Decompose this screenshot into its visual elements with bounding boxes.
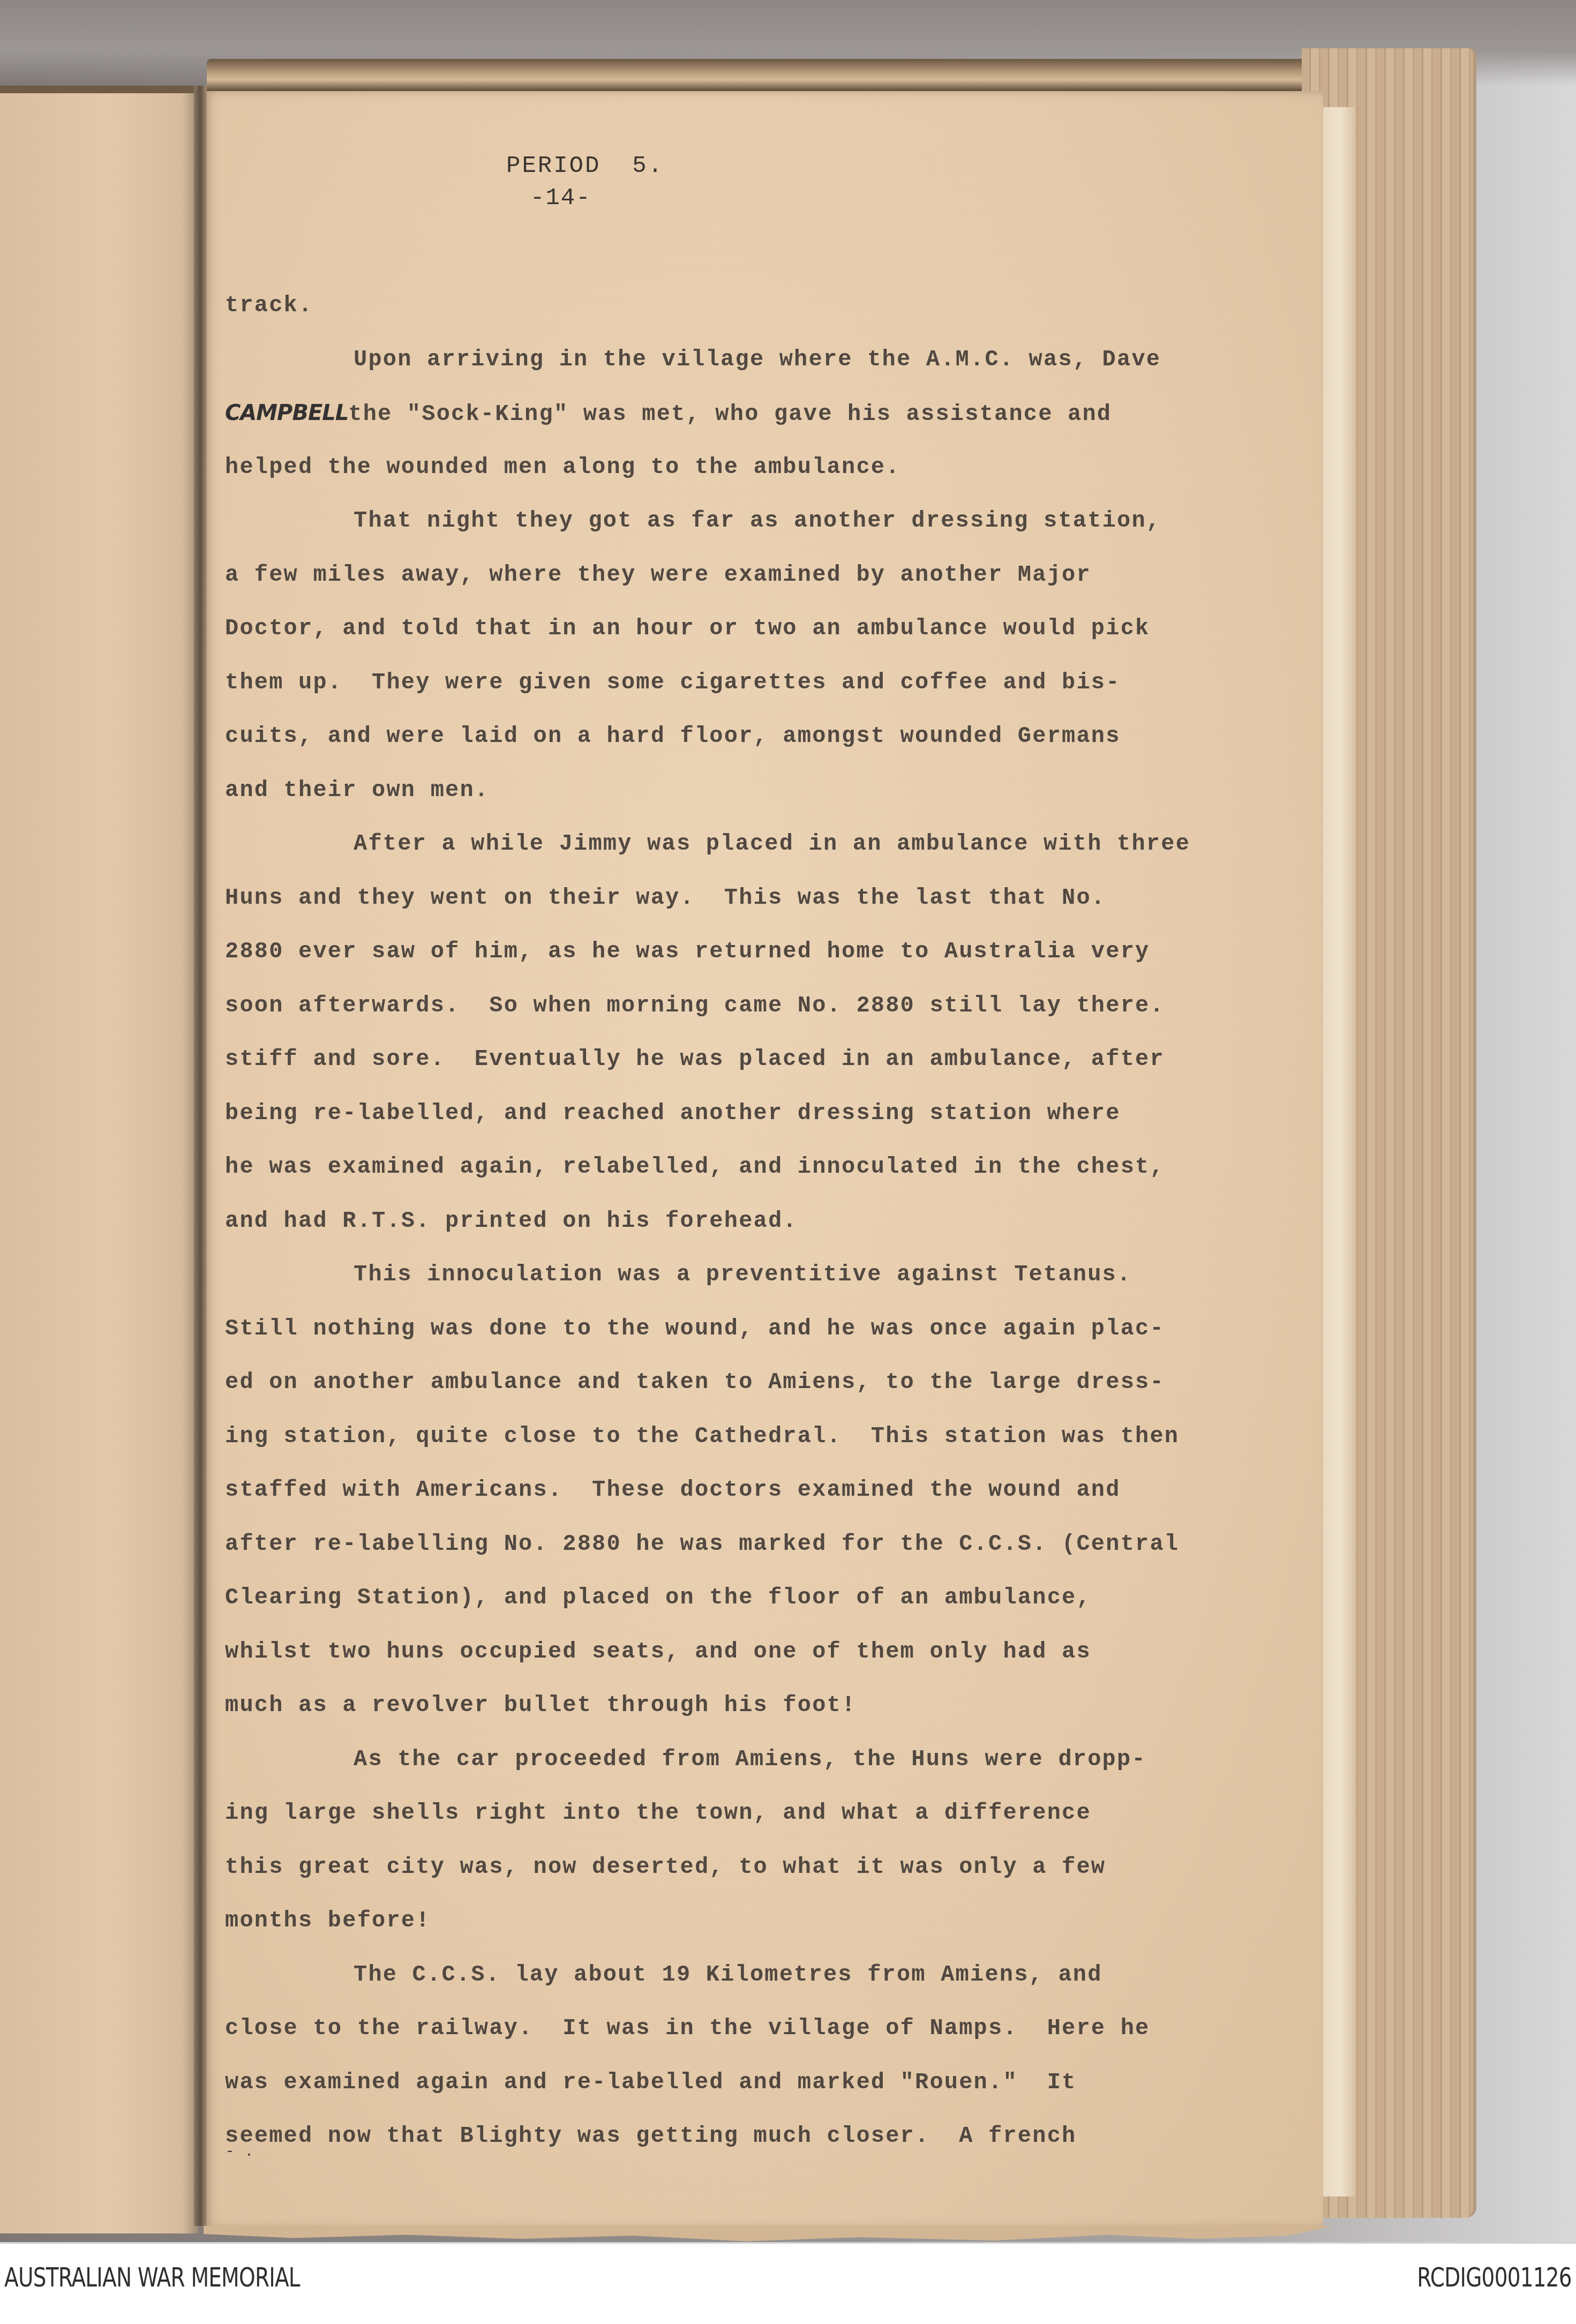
line-text: this great city was, now deserted, to wh… — [225, 1854, 1106, 1880]
line-text: 2880 ever saw of him, as he was returned… — [225, 939, 1150, 964]
text-line: ing large shells right into the town, an… — [225, 1786, 1275, 1840]
handwritten-correction: CAMPBELL — [225, 401, 348, 425]
text-line: staffed with Americans. These doctors ex… — [225, 1463, 1275, 1517]
line-text: stiff and sore. Eventually he was placed… — [225, 1046, 1165, 1072]
text-line: seemed now that Blighty was getting much… — [225, 2109, 1275, 2163]
line-text: them up. They were given some cigarettes… — [225, 670, 1121, 695]
text-line: close to the railway. It was in the vill… — [225, 2001, 1275, 2056]
text-line: After a while Jimmy was placed in an amb… — [225, 817, 1275, 871]
text-line: and their own men. — [225, 763, 1275, 818]
line-text: helped the wounded men along to the ambu… — [225, 454, 900, 480]
scanned-book-photo: PERIOD 5. -14- track.Upon arriving in th… — [0, 0, 1576, 2242]
line-text: close to the railway. It was in the vill… — [225, 2015, 1150, 2041]
text-line: Clearing Station), and placed on the flo… — [225, 1571, 1275, 1625]
text-line: That night they got as far as another dr… — [225, 494, 1275, 548]
line-text: soon afterwards. So when morning came No… — [225, 993, 1165, 1018]
text-line: The C.C.S. lay about 19 Kilometres from … — [225, 1948, 1275, 2002]
text-line: was examined again and re-labelled and m… — [225, 2056, 1275, 2110]
text-line: Doctor, and told that in an hour or two … — [225, 602, 1275, 656]
text-line: stiff and sore. Eventually he was placed… — [225, 1032, 1275, 1086]
text-line: This innoculation was a preventitive aga… — [225, 1248, 1275, 1302]
text-line: and had R.T.S. printed on his forehead. — [225, 1194, 1275, 1248]
line-text: months before! — [225, 1908, 431, 1933]
line-text: was examined again and re-labelled and m… — [225, 2070, 1076, 2095]
text-line: after re-labelling No. 2880 he was marke… — [225, 1517, 1275, 1571]
text-line: As the car proceeded from Amiens, the Hu… — [225, 1733, 1275, 1787]
page-heading: PERIOD 5. — [506, 154, 664, 178]
line-text: Huns and they went on their way. This wa… — [225, 885, 1106, 911]
page-torn-bottom-edge — [204, 2226, 1334, 2242]
line-text: cuits, and were laid on a hard floor, am… — [225, 723, 1121, 749]
line-text: seemed now that Blighty was getting much… — [225, 2123, 1076, 2149]
loose-page-edge — [1318, 107, 1355, 2196]
page-number: -14- — [530, 185, 591, 212]
text-line: Still nothing was done to the wound, and… — [225, 1302, 1275, 1356]
line-text: and had R.T.S. printed on his forehead. — [225, 1208, 798, 1234]
text-line: months before! — [225, 1894, 1275, 1948]
line-text: ing large shells right into the town, an… — [225, 1800, 1091, 1826]
book-top-edge — [207, 59, 1439, 91]
text-line: soon afterwards. So when morning came No… — [225, 979, 1275, 1033]
line-text: As the car proceeded from Amiens, the Hu… — [354, 1746, 1146, 1772]
line-text: and their own men. — [225, 777, 489, 803]
text-line: CAMPBELLthe "Sock-King" was met, who gav… — [225, 386, 1275, 440]
text-line: whilst two huns occupied seats, and one … — [225, 1625, 1275, 1679]
line-text: the "Sock-King" was met, who gave his as… — [348, 401, 1112, 427]
line-text: whilst two huns occupied seats, and one … — [225, 1639, 1091, 1665]
line-text: The C.C.S. lay about 19 Kilometres from … — [354, 1962, 1102, 1988]
text-line: a few miles away, where they were examin… — [225, 548, 1275, 602]
text-line: being re-labelled, and reached another d… — [225, 1086, 1275, 1141]
text-line: Upon arriving in the village where the A… — [225, 333, 1275, 387]
text-line: cuits, and were laid on a hard floor, am… — [225, 709, 1275, 763]
line-text: This innoculation was a preventitive aga… — [354, 1262, 1131, 1287]
line-text: he was examined again, relabelled, and i… — [225, 1154, 1165, 1180]
line-text: ing station, quite close to the Cathedra… — [225, 1423, 1179, 1449]
line-text: a few miles away, where they were examin… — [225, 562, 1091, 588]
line-text: Upon arriving in the village where the A… — [354, 347, 1161, 372]
typewritten-body: track.Upon arriving in the village where… — [225, 279, 1275, 2163]
text-line: 2880 ever saw of him, as he was returned… — [225, 925, 1275, 979]
line-text: Doctor, and told that in an hour or two … — [225, 616, 1150, 641]
text-line: ed on another ambulance and taken to Ami… — [225, 1355, 1275, 1410]
line-text: being re-labelled, and reached another d… — [225, 1100, 1121, 1126]
archive-footer: AUSTRALIAN WAR MEMORIAL RCDIG0001126 — [0, 2242, 1576, 2324]
book-spine-gutter — [194, 86, 207, 2226]
left-page — [0, 86, 198, 2233]
text-line: ing station, quite close to the Cathedra… — [225, 1410, 1275, 1464]
institution-label: AUSTRALIAN WAR MEMORIAL — [4, 2262, 300, 2293]
line-text: Still nothing was done to the wound, and… — [225, 1316, 1165, 1341]
line-text: much as a revolver bullet through his fo… — [225, 1692, 856, 1718]
text-line: much as a revolver bullet through his fo… — [225, 1678, 1275, 1733]
text-line: he was examined again, relabelled, and i… — [225, 1140, 1275, 1194]
line-text: That night they got as far as another dr… — [354, 508, 1161, 534]
line-text: ed on another ambulance and taken to Ami… — [225, 1369, 1165, 1395]
line-text: After a while Jimmy was placed in an amb… — [354, 831, 1190, 857]
text-line: them up. They were given some cigarettes… — [225, 656, 1275, 710]
line-text: staffed with Americans. These doctors ex… — [225, 1477, 1121, 1503]
reference-id: RCDIG0001126 — [1417, 2262, 1572, 2293]
line-text: Clearing Station), and placed on the flo… — [225, 1585, 1091, 1610]
text-line: helped the wounded men along to the ambu… — [225, 440, 1275, 494]
text-line: track. — [225, 279, 1275, 333]
text-line: this great city was, now deserted, to wh… — [225, 1840, 1275, 1894]
line-text: after re-labelling No. 2880 he was marke… — [225, 1531, 1179, 1557]
text-line: Huns and they went on their way. This wa… — [225, 871, 1275, 925]
bottom-marks: - . — [225, 2143, 254, 2161]
line-text: track. — [225, 293, 313, 318]
